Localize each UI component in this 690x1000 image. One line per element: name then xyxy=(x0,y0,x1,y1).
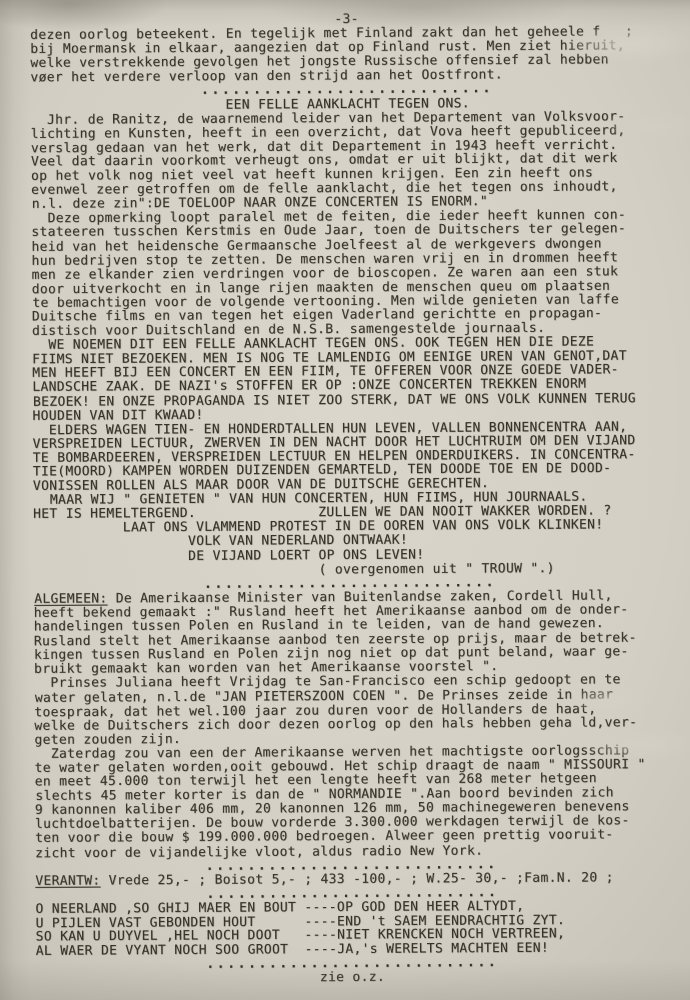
underlined-lead: ALGEMEEN: xyxy=(34,591,107,606)
paper-sheet: -3-dezen oorlog beteekent. En tegelijk m… xyxy=(0,0,690,988)
document-photo: -3-dezen oorlog beteekent. En tegelijk m… xyxy=(0,0,690,1000)
footer-note: zie o.z. xyxy=(36,969,669,987)
underlined-lead: VERANTW: xyxy=(35,873,100,888)
